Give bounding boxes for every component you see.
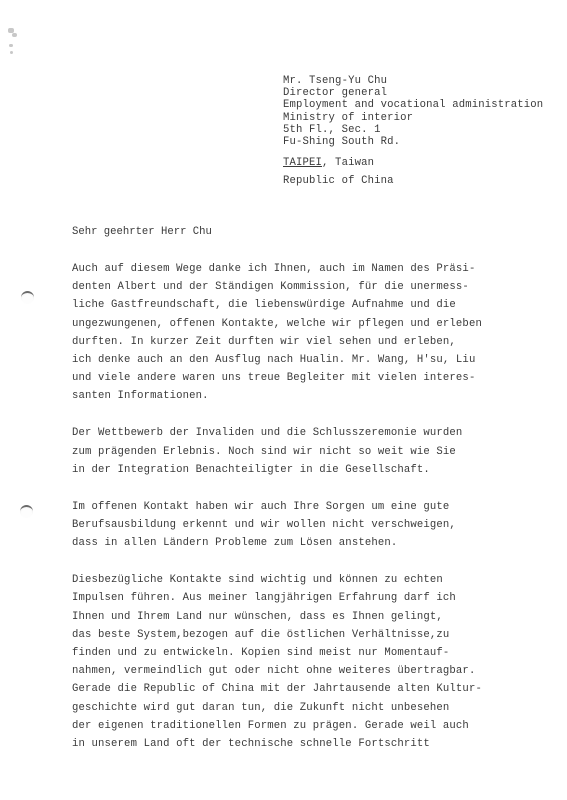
letter-page: Mr. Tseng-Yu Chu Director general Employ… (0, 0, 567, 800)
text-line: das beste System,bezogen auf die östlich… (72, 626, 552, 644)
text-line: Ihnen und Ihrem Land nur wünschen, dass … (72, 608, 552, 626)
text-line: Gerade die Republic of China mit der Jah… (72, 680, 552, 698)
recipient-address: Mr. Tseng-Yu Chu Director general Employ… (283, 75, 543, 188)
text-line: liche Gastfreundschaft, die liebenswürdi… (72, 296, 552, 314)
text-line: Berufsausbildung erkennt und wir wollen … (72, 516, 552, 534)
text-line: denten Albert und der Ständigen Kommissi… (72, 278, 552, 296)
text-line: santen Informationen. (72, 387, 552, 405)
paragraph: Diesbezügliche Kontakte sind wichtig und… (72, 571, 552, 753)
salutation: Sehr geehrter Herr Chu (72, 226, 212, 238)
letter-body: Auch auf diesem Wege danke ich Ihnen, au… (72, 260, 552, 772)
text-line: in unserem Land oft der technische schne… (72, 735, 552, 753)
text-line: ich denke auch an den Ausflug nach Huali… (72, 351, 552, 369)
text-line: in der Integration Benachteiligter in di… (72, 461, 552, 479)
text-line: finden und zu entwickeln. Kopien sind me… (72, 644, 552, 662)
text-line: Impulsen führen. Aus meiner langjährigen… (72, 589, 552, 607)
address-line: Ministry of interior (283, 112, 543, 124)
city-country: , Taiwan (322, 157, 374, 169)
punch-hole (21, 291, 34, 304)
address-city: TAIPEI, Taiwan (283, 157, 543, 169)
text-line: dass in allen Ländern Probleme zum Lösen… (72, 534, 552, 552)
address-line: 5th Fl., Sec. 1 (283, 124, 543, 136)
address-line: Employment and vocational administration (283, 99, 543, 111)
scan-smudge (6, 28, 20, 58)
paragraph: Auch auf diesem Wege danke ich Ihnen, au… (72, 260, 552, 406)
city-name: TAIPEI (283, 157, 322, 169)
text-line: Diesbezügliche Kontakte sind wichtig und… (72, 571, 552, 589)
address-line: Fu-Shing South Rd. (283, 136, 543, 148)
address-line: Director general (283, 87, 543, 99)
text-line: Im offenen Kontakt haben wir auch Ihre S… (72, 498, 552, 516)
address-line: Mr. Tseng-Yu Chu (283, 75, 543, 87)
text-line: Der Wettbewerb der Invaliden und die Sch… (72, 424, 552, 442)
paragraph: Im offenen Kontakt haben wir auch Ihre S… (72, 498, 552, 553)
text-line: Auch auf diesem Wege danke ich Ihnen, au… (72, 260, 552, 278)
text-line: zum prägenden Erlebnis. Noch sind wir ni… (72, 443, 552, 461)
text-line: und viele andere waren uns treue Begleit… (72, 369, 552, 387)
text-line: geschichte wird gut daran tun, die Zukun… (72, 699, 552, 717)
punch-hole (20, 505, 33, 518)
text-line: durften. In kurzer Zeit durften wir viel… (72, 333, 552, 351)
address-country: Republic of China (283, 175, 543, 187)
text-line: der eigenen traditionellen Formen zu prä… (72, 717, 552, 735)
text-line: ungezwungenen, offenen Kontakte, welche … (72, 315, 552, 333)
text-line: nahmen, vermeindlich gut oder nicht ohne… (72, 662, 552, 680)
paragraph: Der Wettbewerb der Invaliden und die Sch… (72, 424, 552, 479)
